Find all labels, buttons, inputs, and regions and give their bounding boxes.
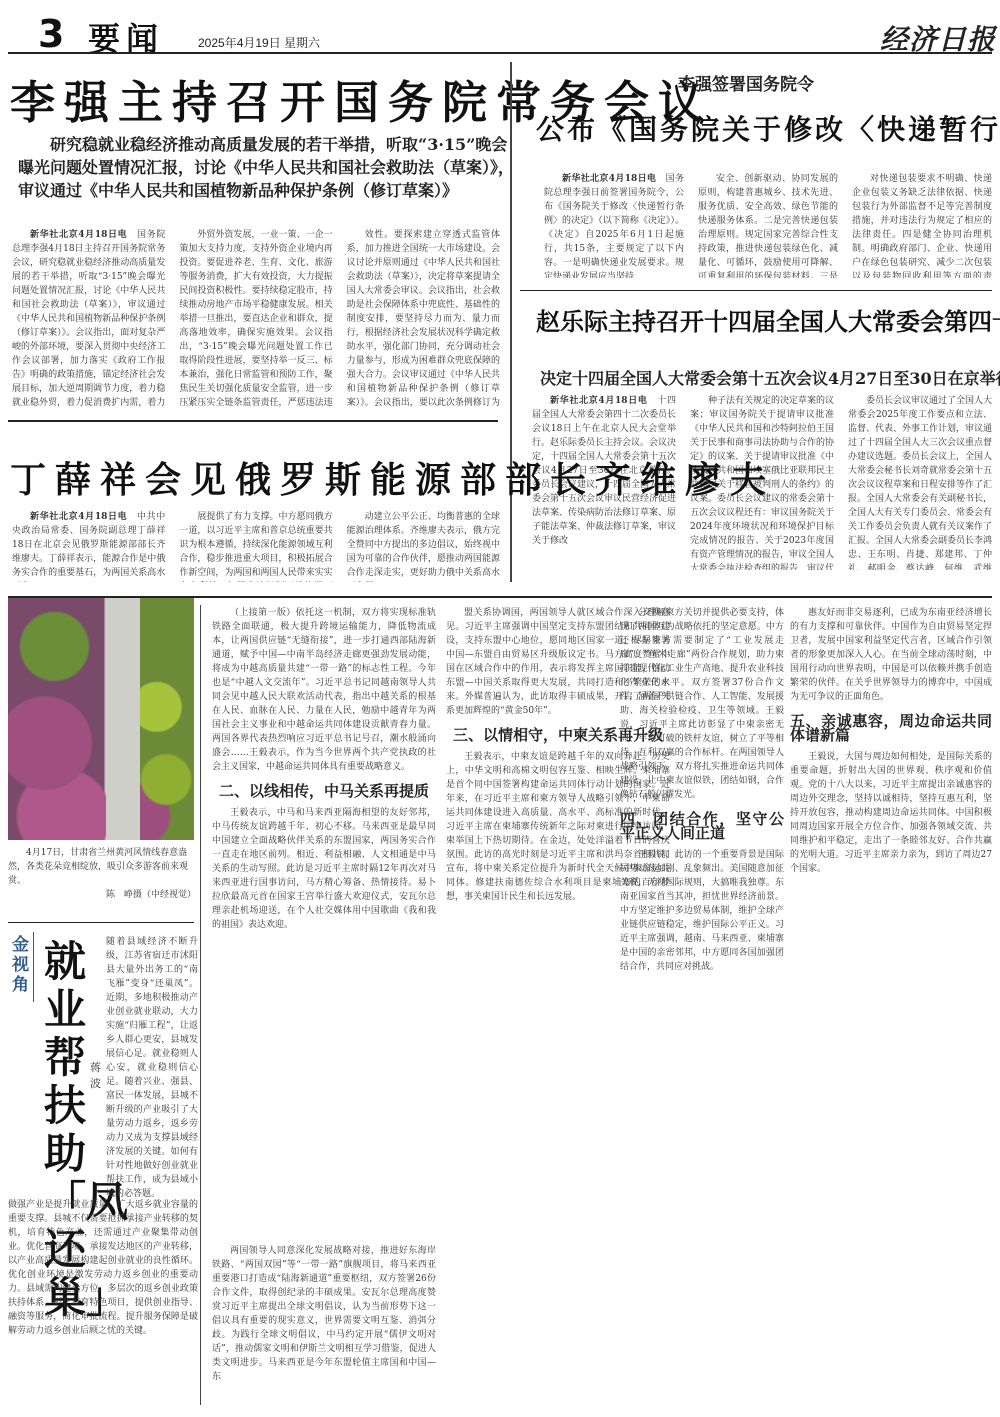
commentary-author: 蒋波 bbox=[90, 1060, 104, 1092]
column-tag: 金视角 bbox=[12, 935, 30, 995]
article1-body: 新华社北京4月18日电 国务院总理李强4月18日主持召开国务院常务会议，研究稳就… bbox=[12, 228, 500, 408]
article4-headline: 丁薛祥会见俄罗斯能源部部长齐维廖夫 bbox=[10, 452, 775, 503]
feature-col1: （上接第一版）依托这一机制，双方将实现标准轨铁路全面联通，极大提升跨境运输能力，… bbox=[212, 606, 436, 1016]
article1-subhead: 研究稳就业稳经济推动高质量发展的若干举措，听取“3·15”晚会 曝光问题处置情况… bbox=[18, 133, 498, 202]
section-heading-5: 五、亲诚惠容，周边命运共同体谱新篇 bbox=[790, 714, 992, 742]
photo-bottom-rule bbox=[8, 922, 194, 923]
photo-lanzhou-flowers bbox=[8, 598, 194, 840]
masthead-rule bbox=[8, 52, 992, 54]
article4-body: 新华社北京4月18日电 中共中央政治局常委、国务院副总理丁薛祥18日在北京会见俄… bbox=[12, 510, 500, 582]
commentary-body-cont: 做强产业是提升就业质量、扩大返乡就业容量的重要支撑。县城不仅需要抢抓承接产业转移… bbox=[8, 1198, 198, 1338]
page-number: 3 bbox=[38, 12, 64, 56]
article3-subhead: 决定十四届全国人大常委会第十五次会议4月27日至30日在京举行 bbox=[540, 366, 1000, 389]
article2-bottom-rule bbox=[520, 290, 992, 291]
commentary-body: 随着县域经济不断升级，江苏省宿迁市沭阳县大量外出务工的“南飞雁”变身“还巢凤”。… bbox=[106, 935, 198, 1201]
column-divider bbox=[510, 62, 512, 582]
left-column-divider bbox=[200, 605, 201, 1405]
article2-kicker: 李强签署国务院令 bbox=[678, 70, 814, 95]
article1-bottom-rule bbox=[8, 420, 498, 422]
tag-rule bbox=[33, 932, 34, 1002]
photo-credit: 陈 峥摄（中经视觉） bbox=[8, 888, 196, 902]
section-heading-2: 二、以线相传，中马关系再提质 bbox=[212, 784, 436, 798]
dateline: 新华社北京4月18日电 bbox=[30, 230, 127, 240]
photo-walkway bbox=[106, 598, 140, 840]
feature-col4: 惠友好而非交易逐利，已成为东南亚经济增长的有力支撑和可靠伙伴。中国作为自由贸易坚… bbox=[790, 606, 992, 1414]
article2-headline: 公布《国务院关于修改〈快递暂行条例〉的决定》 bbox=[536, 108, 1000, 148]
feature-col3: 分理解柬方关切并提供必要支持，体现了两国互为战略依托的坚定意愿。中方还根据柬方需… bbox=[620, 606, 784, 1414]
article3-headline: 赵乐际主持召开十四届全国人大常委会第四十二次委员长会议 bbox=[536, 302, 1000, 337]
section-heading-4: 四、团结合作，坚守公平正义人间正道 bbox=[620, 812, 784, 840]
article2-body: 新华社北京4月18日电 国务院总理李强日前签署国务院令，公布《国务院关于修改〈快… bbox=[544, 172, 992, 278]
feature-col1-lower: 两国领导人同意深化发展战略对接，推进好东海岸铁路、“两国双园”等“一带一路”旗舰… bbox=[212, 1244, 436, 1414]
photo-caption: 4月17日，甘肃省兰州黄河风情线春意盎然，各类花朵竞相绽放，吸引众多游客前来观赏… bbox=[8, 846, 196, 902]
issue-date: 2025年4月19日 星期六 bbox=[198, 34, 320, 51]
